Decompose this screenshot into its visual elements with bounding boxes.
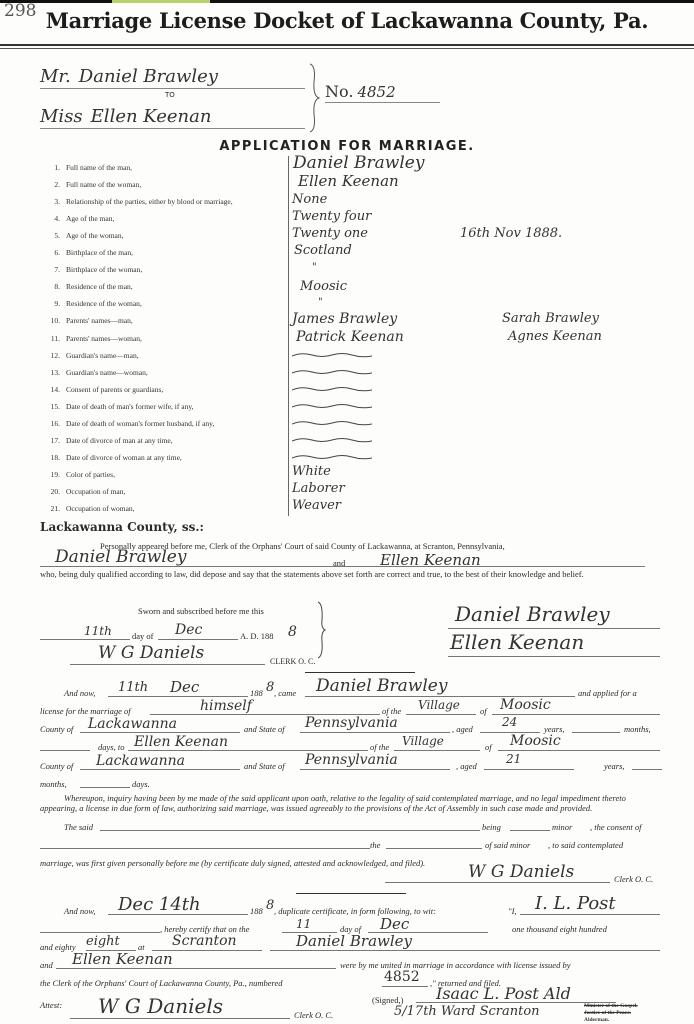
state2-rule [300, 769, 450, 770]
row-6: 6.Birthplace of the man, [40, 248, 133, 257]
answer-11-mother: Agnes Keenan [508, 329, 602, 344]
years2-tail-rule [632, 769, 662, 770]
woman-name: Ellen Keenan [91, 106, 212, 127]
brace-icon [316, 600, 326, 660]
clerk2-sig-rule [385, 882, 610, 883]
state-of-label-2: and State of [244, 761, 285, 771]
row-label: Occupation of woman, [66, 504, 135, 513]
docket-title: Marriage License Docket of Lackawanna Co… [0, 8, 694, 33]
of-label-2: of [485, 742, 492, 752]
row-21: 21.Occupation of woman, [40, 504, 135, 513]
row-num: 17. [40, 436, 60, 445]
row-num: 20. [40, 487, 60, 496]
county1: Lackawanna [88, 716, 177, 732]
row-num: 4. [40, 214, 60, 223]
sworn-month: Dec [175, 622, 202, 638]
row-num: 16. [40, 419, 60, 428]
row-19: 19.Color of parties, [40, 470, 115, 479]
row-label: Date of divorce of woman at any time, [66, 453, 182, 462]
row-num: 21. [40, 504, 60, 513]
bride-rule [56, 968, 336, 969]
row-label: Full name of the man, [66, 163, 132, 172]
being-label: being [482, 822, 501, 832]
consent-name-rule [40, 848, 370, 849]
marriage-line: marriage, was first given personally bef… [40, 858, 425, 868]
clerk-sig-rule [70, 664, 265, 665]
row-label: Birthplace of the man, [66, 248, 133, 257]
row-20: 20.Occupation of man, [40, 487, 125, 496]
year-word: eight [86, 934, 120, 949]
blank-wave-13 [292, 369, 372, 375]
woman-prefix: Miss [40, 106, 83, 127]
row-num: 19. [40, 470, 60, 479]
answer-column-rule [288, 156, 289, 516]
attest-signature: W G Daniels [98, 994, 223, 1018]
row-label: Date of death of woman's former husband,… [66, 419, 214, 428]
cert-and-label: and [40, 960, 53, 970]
row-label: Residence of the man, [66, 282, 133, 291]
answer-21: Weaver [292, 498, 341, 513]
ad-label: A. D. 188 [240, 631, 274, 641]
row-label: Date of death of man's former wife, if a… [66, 402, 193, 411]
age1: 24 [502, 715, 517, 729]
separator-rule-2 [296, 893, 406, 894]
number-label: No. [325, 82, 353, 101]
license-year-prefix: 188 [250, 688, 263, 698]
relation-rule [386, 848, 482, 849]
answer-7: " [312, 262, 317, 273]
cert-month: Dec [380, 915, 409, 933]
of-the-label-2: of the [370, 742, 389, 752]
row-num: 1. [40, 163, 60, 172]
header-rule-thin [0, 48, 694, 49]
cert-place: Scranton [172, 933, 237, 949]
cert-day: 11 [296, 917, 311, 931]
row-num: 2. [40, 180, 60, 189]
clerk2-label: Clerk O. C. [614, 874, 653, 884]
woman-signature: Ellen Keenan [450, 630, 584, 654]
days-to-label: days, to [98, 742, 124, 752]
row-13: 13.Guardian's name—woman, [40, 368, 148, 377]
row-10: 10.Parents' names—man, [40, 316, 133, 325]
sworn-label: Sworn and subscribed before me this [138, 606, 264, 616]
aged-label-1: , aged [452, 724, 473, 734]
county-of-label-1: County of [40, 724, 73, 734]
the-said-rule [100, 830, 480, 831]
signer-address: 5/17th Ward Scranton [394, 1004, 540, 1019]
affidavit-man-name: Daniel Brawley [55, 547, 186, 567]
attest-clerk-label: Clerk O. C. [294, 1010, 333, 1020]
party2: Ellen Keenan [134, 734, 228, 750]
answer-8: Moosic [300, 279, 347, 294]
cert-date: Dec 14th [118, 894, 201, 915]
state2: Pennsylvania [305, 752, 398, 768]
place1: Moosic [500, 697, 551, 713]
row-num: 13. [40, 368, 60, 377]
row-1: 1.Full name of the man, [40, 163, 132, 172]
row-2: 2.Full name of the woman, [40, 180, 141, 189]
separator-rule [305, 672, 415, 673]
of-label-1: of [480, 706, 487, 716]
row-11: 11.Parents' names—woman, [40, 334, 142, 343]
the-said-label: The said [64, 822, 93, 832]
license-number-line: No. 4852 [325, 82, 440, 103]
county2: Lackawanna [96, 753, 185, 769]
header-rule [0, 44, 694, 46]
sworn-day: 11th [84, 624, 112, 638]
top-border [0, 0, 694, 3]
answer-20: Laborer [292, 481, 345, 496]
row-label: Consent of parents or guardians, [66, 385, 163, 394]
place2-rule [498, 750, 660, 751]
cert-and-now-label: And now, [64, 906, 95, 916]
answer-19: White [292, 464, 331, 479]
row-3: 3.Relationship of the parties, either by… [40, 197, 233, 206]
months1-rule [572, 732, 620, 733]
county-of-label-2: County of [40, 761, 73, 771]
county1-rule [80, 732, 240, 733]
row-label: Birthplace of the woman, [66, 265, 142, 274]
row-9: 9.Residence of the woman, [40, 299, 142, 308]
age2-rule [484, 769, 574, 770]
license-date-rule [108, 696, 248, 697]
clerk-signature: W G Daniels [98, 643, 204, 663]
row-num: 7. [40, 265, 60, 274]
officiant-cont-rule [40, 932, 160, 933]
the-label: the [370, 840, 380, 850]
bride-name: Ellen Keenan [72, 950, 173, 968]
highlight-marker [112, 0, 210, 3]
row-label: Parents' names—man, [66, 316, 133, 325]
blank-wave-14 [292, 386, 372, 392]
years-label-2: years, [604, 761, 625, 771]
row-num: 6. [40, 248, 60, 257]
row-label: Residence of the woman, [66, 299, 142, 308]
row-14: 14.Consent of parents or guardians, [40, 385, 163, 394]
license-day: 11th [118, 680, 148, 695]
row-num: 11. [40, 334, 60, 343]
answer-10: James Brawley [292, 311, 397, 327]
number-value: 4852 [357, 83, 395, 101]
blank-wave-12 [292, 352, 372, 358]
consent-label: , the consent of [590, 822, 641, 832]
title-alderman: Alderman. [584, 1017, 638, 1024]
to-said-label: , to said contemplated [548, 840, 623, 850]
answer-1: Daniel Brawley [293, 153, 424, 173]
parties-block: Mr. Daniel Brawley TO Miss Ellen Keenan … [40, 62, 440, 137]
to-label: TO [165, 91, 175, 99]
groom-name: Daniel Brawley [296, 932, 412, 950]
day-of-label: day of [132, 631, 153, 641]
applicant-name: Daniel Brawley [316, 676, 447, 696]
row-label: Guardian's name—man, [66, 351, 139, 360]
attest-rule [70, 1018, 290, 1019]
woman-sig-rule [448, 656, 660, 657]
row-16: 16.Date of death of woman's former husba… [40, 419, 214, 428]
county2-rule [80, 769, 240, 770]
row-4: 4.Age of the man, [40, 214, 114, 223]
officiant-rule [520, 914, 660, 915]
affidavit-line-2: who, being duly qualified according to l… [40, 569, 658, 579]
place2: Moosic [510, 733, 561, 749]
clerk-line: the Clerk of the Orphans' Court of Lacka… [40, 978, 283, 988]
row-label: Color of parties, [66, 470, 115, 479]
row-num: 15. [40, 402, 60, 411]
title-justice: Justice of the Peace. [584, 1010, 638, 1017]
attest-label: Attest: [40, 1000, 62, 1010]
row-label: Parents' names—woman, [66, 334, 142, 343]
party2-rule [128, 750, 368, 751]
applied-label: and applied for a [578, 688, 637, 698]
brace-icon [308, 62, 322, 134]
party1: himself [200, 698, 252, 714]
days-label: days. [132, 779, 150, 789]
man-prefix: Mr. [40, 66, 71, 87]
row-num: 3. [40, 197, 60, 206]
whereupon-paragraph: Whereupon, inquiry having been by me mad… [40, 793, 660, 813]
license-for-label: license for the marriage of [40, 706, 131, 716]
and-eighty-label: and eighty [40, 942, 76, 952]
days2-rule [80, 787, 130, 788]
row-num: 5. [40, 231, 60, 240]
blank-wave-15 [292, 403, 372, 409]
row-num: 10. [40, 316, 60, 325]
minor-label: minor [552, 822, 572, 832]
application-title: APPLICATION FOR MARRIAGE. [0, 139, 694, 154]
row-label: Relationship of the parties, either by b… [66, 197, 233, 206]
answer-9: " [318, 297, 323, 308]
row-label: Age of the woman, [66, 231, 123, 240]
ad-year-digit: 8 [288, 624, 297, 640]
license-number-rule [382, 986, 428, 987]
of-said-minor-label: of said minor [485, 840, 530, 850]
man-name: Daniel Brawley [79, 66, 218, 87]
blank-wave-18 [292, 454, 372, 460]
months-label-2: months, [40, 779, 67, 789]
answer-11: Patrick Keenan [296, 329, 404, 345]
state1-rule [300, 732, 450, 733]
officiant-title-options: Minister of the Gospel. Justice of the P… [584, 1003, 638, 1024]
and-now-label: And now, [64, 688, 95, 698]
row-num: 14. [40, 385, 60, 394]
one-thousand-label: one thousand eight hundred [512, 924, 607, 934]
row-label: Guardian's name—woman, [66, 368, 148, 377]
cert-year-prefix: 188 [250, 906, 263, 916]
answer-5: Twenty one [292, 226, 368, 241]
man-signature: Daniel Brawley [455, 602, 610, 626]
title-minister: Minister of the Gospel. [584, 1003, 638, 1010]
signer-name: Isaac L. Post Ald [436, 984, 571, 1003]
row-num: 9. [40, 299, 60, 308]
row-label: Full name of the woman, [66, 180, 141, 189]
row-12: 12.Guardian's name—man, [40, 351, 139, 360]
days1-rule [40, 750, 90, 751]
affidavit-and: and [333, 558, 345, 568]
duplicate-label: , duplicate certificate, in form followi… [274, 906, 436, 916]
place-type2: Village [402, 734, 444, 748]
man-sig-rule [448, 628, 660, 629]
row-7: 7.Birthplace of the woman, [40, 265, 142, 274]
aged-label-2: , aged [456, 761, 477, 771]
row-num: 8. [40, 282, 60, 291]
came-label: , came [274, 688, 296, 698]
sworn-month-rule [158, 639, 238, 640]
answer-6: Scotland [294, 243, 352, 258]
groom-rule [270, 950, 660, 951]
side-date: 16th Nov 1888. [460, 226, 562, 241]
answer-10-mother: Sarah Brawley [502, 311, 599, 326]
affidavit-woman-name: Ellen Keenan [380, 551, 481, 569]
row-8: 8.Residence of the man, [40, 282, 133, 291]
license-month: Dec [170, 678, 199, 696]
row-num: 18. [40, 453, 60, 462]
row-15: 15.Date of death of man's former wife, i… [40, 402, 193, 411]
row-label: Date of divorce of man at any time, [66, 436, 173, 445]
place-type2-rule [394, 750, 480, 751]
answer-2: Ellen Keenan [298, 172, 399, 190]
blank-wave-17 [292, 437, 372, 443]
being-rule [510, 830, 550, 831]
row-label: Occupation of man, [66, 487, 125, 496]
clerk-label: CLERK O. C. [270, 657, 315, 667]
state1: Pennsylvania [305, 715, 398, 731]
row-17: 17.Date of divorce of man at any time, [40, 436, 173, 445]
clerk2-signature: W G Daniels [468, 862, 574, 882]
place-type1-rule [406, 714, 476, 715]
quote-i: "I, [508, 906, 517, 916]
place-type1: Village [418, 698, 460, 712]
sworn-day-rule [40, 639, 130, 640]
row-num: 12. [40, 351, 60, 360]
row-5: 5.Age of the woman, [40, 231, 123, 240]
man-line: Mr. Daniel Brawley [40, 66, 305, 89]
woman-line: Miss Ellen Keenan [40, 106, 305, 129]
cert-license-number: 4852 [384, 969, 420, 985]
answer-3: None [292, 192, 327, 207]
months-label-1: months, [624, 724, 651, 734]
row-18: 18.Date of divorce of woman at any time, [40, 453, 182, 462]
officiant-name: I. L. Post [535, 893, 616, 914]
blank-wave-16 [292, 420, 372, 426]
age2: 21 [506, 752, 521, 766]
answer-4: Twenty four [292, 209, 371, 224]
row-label: Age of the man, [66, 214, 114, 223]
state-of-label-1: and State of [244, 724, 285, 734]
united-label: were by me united in marriage in accorda… [340, 960, 570, 970]
county-heading: Lackawanna County, ss.: [40, 520, 204, 534]
